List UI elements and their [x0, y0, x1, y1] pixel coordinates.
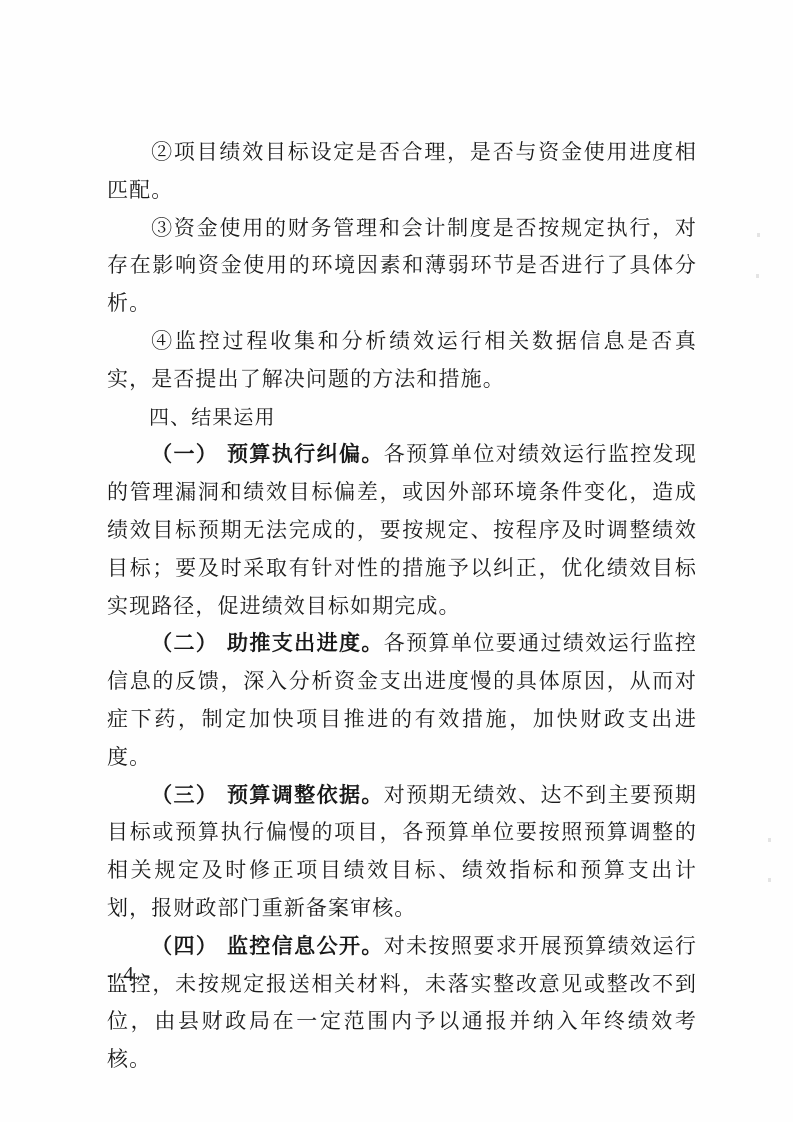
checklist-item-4: ④监控过程收集和分析绩效运行相关数据信息是否真实，是否提出了解决问题的方法和措施… [107, 323, 697, 399]
subsection-title: （四） 监控信息公开。 [151, 934, 384, 958]
scan-noise-mark [768, 878, 771, 882]
document-page: ②项目绩效目标设定是否合理，是否与资金使用进度相匹配。 ③资金使用的财务管理和会… [0, 0, 793, 1122]
subsection-title: （二） 助推支出进度。 [151, 631, 384, 655]
section-heading-results-application: 四、结果运用 [107, 399, 697, 437]
subsection-budget-correction: （一） 预算执行纠偏。各预算单位对绩效运行监控发现的管理漏洞和绩效目标偏差，或因… [107, 436, 697, 625]
subsection-title: （三） 预算调整依据。 [151, 783, 384, 807]
subsection-text: 各预算单位对绩效运行监控发现的管理漏洞和绩效目标偏差，或因外部环境条件变化，造成… [107, 442, 697, 617]
document-body: ②项目绩效目标设定是否合理，是否与资金使用进度相匹配。 ③资金使用的财务管理和会… [107, 134, 697, 1079]
checklist-item-3: ③资金使用的财务管理和会计制度是否按规定执行，对存在影响资金使用的环境因素和薄弱… [107, 210, 697, 323]
page-number: - 4 - [107, 962, 152, 987]
scan-noise-mark [768, 838, 771, 842]
checklist-item-2: ②项目绩效目标设定是否合理，是否与资金使用进度相匹配。 [107, 134, 697, 210]
subsection-info-disclosure: （四） 监控信息公开。对未按照要求开展预算绩效运行监控，未按规定报送相关材料，未… [107, 928, 697, 1079]
scan-noise-mark [756, 274, 759, 278]
subsection-title: （一） 预算执行纠偏。 [151, 442, 384, 466]
subsection-spending-progress: （二） 助推支出进度。各预算单位要通过绩效运行监控信息的反馈，深入分析资金支出进… [107, 625, 697, 776]
scan-noise-mark [757, 233, 760, 237]
subsection-budget-adjustment: （三） 预算调整依据。对预期无绩效、达不到主要预期目标或预算执行偏慢的项目，各预… [107, 777, 697, 928]
